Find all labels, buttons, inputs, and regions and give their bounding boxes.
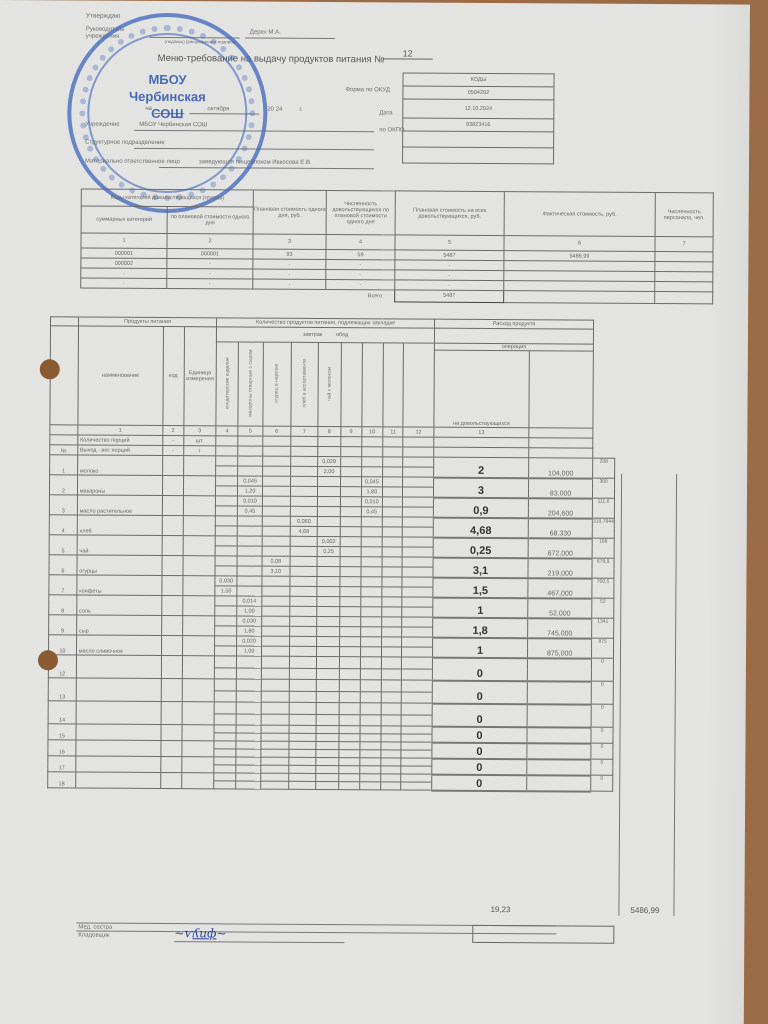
- quantity-cell: [236, 773, 260, 781]
- product-price: 745,000: [528, 618, 592, 638]
- quantity-cell: [262, 576, 290, 586]
- product-price: [527, 743, 591, 759]
- summary-cell: [655, 272, 713, 282]
- summary-cell: -: [253, 279, 326, 289]
- quantity-cell: [261, 702, 289, 714]
- quantity-cell: [382, 537, 403, 547]
- product-sum: 875: [592, 638, 614, 658]
- quantity-cell: [214, 679, 236, 691]
- yield-unit: г: [183, 446, 216, 456]
- quantity-cell: [339, 734, 360, 742]
- quantity-cell: [262, 506, 290, 516]
- quantity-cell: [318, 496, 340, 506]
- product-qty: 4,68: [433, 517, 528, 538]
- quantity-cell: [340, 477, 361, 487]
- row-number: 7: [49, 575, 77, 595]
- quantity-cell: [262, 476, 290, 486]
- main-col-number: 9: [340, 427, 361, 437]
- quantity-cell: [215, 656, 237, 668]
- summary-header-2: по плановой стоимости одного дня: [167, 207, 253, 235]
- quantity-cell: [236, 713, 260, 725]
- quantity-cell: [216, 466, 238, 476]
- product-price: [527, 681, 591, 704]
- quantity-cell: [214, 733, 236, 741]
- main-col-number: 6: [263, 426, 291, 436]
- quantity-cell: [261, 741, 289, 749]
- quantity-cell: [214, 757, 236, 765]
- date-code-label: Дата: [379, 110, 392, 116]
- portions-label: Количество порций: [78, 435, 163, 446]
- row-number: 8: [49, 595, 77, 615]
- quantity-cell: [339, 668, 360, 680]
- summary-total-label: Всего: [326, 289, 395, 301]
- quantity-cell: [236, 702, 260, 714]
- official-stamp: МБОУ Чербинская СОШ: [67, 12, 268, 213]
- product-sum: 0: [591, 775, 613, 791]
- quantity-cell: 0,08: [262, 556, 290, 566]
- product-price: 672,000: [528, 538, 592, 558]
- product-name: [75, 772, 160, 789]
- quantity-cell: [214, 690, 236, 702]
- quantity-cell: [289, 656, 317, 668]
- summary-col-number: 3: [253, 234, 326, 249]
- quantity-cell: [289, 749, 317, 757]
- quantity-cell: [381, 726, 402, 734]
- quantity-cell: [289, 725, 317, 733]
- main-col-number: 1: [78, 425, 163, 436]
- quantity-cell: [214, 781, 236, 789]
- summary-col-number: 5: [395, 235, 504, 251]
- quantity-cell: [237, 667, 261, 679]
- quantity-cell: [361, 537, 382, 547]
- product-sum: 111,6: [592, 498, 614, 518]
- quantity-cell: [339, 714, 360, 726]
- product-name: огурцы: [77, 555, 162, 576]
- quantity-cell: [359, 766, 380, 774]
- product-price: 467,000: [528, 578, 592, 598]
- quantity-cell: [360, 647, 381, 657]
- quantity-cell: [317, 636, 339, 646]
- quantity-cell: 1,50: [215, 586, 237, 596]
- quantity-cell: [260, 773, 288, 781]
- quantity-cell: [289, 765, 317, 773]
- quantity-cell: [340, 457, 361, 467]
- document-page: Утверждаю Руководитель учреждения Дерех …: [0, 0, 750, 1024]
- product-qty: 1,5: [433, 577, 528, 598]
- quantity-cell: [262, 536, 290, 546]
- quantity-cell: [289, 636, 317, 646]
- quantity-cell: [339, 607, 360, 617]
- product-qty: 2: [434, 457, 529, 478]
- name-header: наименование: [78, 326, 164, 426]
- quantity-cell: [318, 516, 340, 526]
- product-price: 219,000: [528, 558, 592, 578]
- quantity-cell: [261, 725, 289, 733]
- quantity-cell: [262, 486, 290, 496]
- quantity-cell: [289, 702, 317, 714]
- product-sum: 0: [591, 658, 613, 681]
- quantity-cell: [215, 566, 237, 576]
- quantity-cell: [317, 616, 339, 626]
- quantity-cell: [338, 774, 359, 782]
- summary-cell: -: [395, 270, 504, 281]
- okud-label: Форма по ОКУД: [345, 87, 389, 93]
- okud-value: 0504202: [403, 86, 554, 100]
- quantity-cell: [360, 714, 381, 726]
- quantity-cell: [339, 726, 360, 734]
- quantity-cell: [290, 456, 318, 466]
- product-price: 104,000: [529, 458, 593, 478]
- quantity-cell: [381, 668, 402, 680]
- product-name: макароны: [77, 475, 162, 496]
- quantity-cell: [215, 536, 237, 546]
- quantity-cell: [214, 713, 236, 725]
- main-table: Продукты питания Количество продуктов пи…: [47, 316, 616, 792]
- row-number: 15: [48, 724, 76, 740]
- quantity-cell: [262, 466, 290, 476]
- quantity-cell: 0,45: [238, 506, 262, 516]
- quantity-cell: [216, 496, 238, 506]
- quantity-cell: [360, 657, 381, 669]
- quantity-cell: 0,045: [238, 476, 262, 486]
- quantity-cell: [261, 714, 289, 726]
- quantity-cell: [261, 749, 289, 757]
- quantity-cell: 0,45: [361, 507, 382, 517]
- okpo-label: по ОКПО: [379, 127, 404, 133]
- row-number: 5: [49, 535, 77, 555]
- quantity-cell: [289, 626, 317, 636]
- quantity-cell: [317, 646, 339, 656]
- main-col-number: 7: [291, 426, 319, 436]
- quantity-cell: [238, 526, 262, 536]
- quantity-cell: 0,010: [361, 497, 382, 507]
- main-col-number: 10: [362, 427, 383, 437]
- quantity-cell: [360, 758, 381, 766]
- product-price: [527, 759, 591, 775]
- product-name: [76, 678, 161, 702]
- product-sum: 1341: [592, 618, 614, 638]
- yield-code: -: [162, 446, 183, 456]
- quantity-cell: [338, 782, 359, 790]
- quantity-cell: [215, 626, 237, 636]
- summary-col-number: 4: [326, 234, 395, 249]
- product-price: 52,000: [528, 598, 592, 618]
- quantity-cell: [360, 668, 381, 680]
- quantity-cell: [340, 537, 361, 547]
- quantity-cell: [289, 733, 317, 741]
- quantity-cell: [317, 691, 339, 703]
- code-header: код: [163, 327, 184, 426]
- quantity-cell: [290, 496, 318, 506]
- product-sum: 168: [592, 538, 614, 558]
- summary-cell: -: [253, 269, 326, 279]
- product-name: хлеб: [77, 515, 162, 536]
- main-col-number: 2: [163, 426, 184, 436]
- quantity-cell: [338, 766, 359, 774]
- per-consumers-header: на довольствующихся: [434, 350, 530, 428]
- quantity-cell: [289, 691, 317, 703]
- main-col-number: 3: [183, 426, 216, 436]
- quantity-cell: [381, 691, 402, 703]
- row-number: 17: [48, 756, 76, 772]
- quantity-cell: 0,010: [238, 496, 262, 506]
- quantity-cell: [262, 526, 290, 536]
- total-sum: 5486,99: [630, 906, 659, 915]
- quantity-cell: [289, 679, 317, 691]
- quantity-cell: [360, 691, 381, 703]
- quantity-cell: [316, 714, 338, 726]
- summary-total-value: 5487: [395, 290, 504, 302]
- quantity-cell: [339, 637, 360, 647]
- quantity-cell: [340, 527, 361, 537]
- quantity-cell: [238, 466, 262, 476]
- summary-cell: -: [81, 278, 167, 289]
- product-price: [527, 704, 591, 727]
- quantity-cell: [237, 536, 261, 546]
- quantity-cell: 3,10: [262, 566, 290, 576]
- quantity-cell: [381, 774, 402, 782]
- quantity-cell: [381, 750, 402, 758]
- product-qty: 1,8: [433, 617, 528, 638]
- quantity-cell: [290, 546, 318, 556]
- head-name-line: [245, 37, 335, 39]
- summary-cell: -: [326, 279, 395, 289]
- quantity-cell: [383, 467, 404, 477]
- quantity-cell: [237, 556, 261, 566]
- summary-col-number: 2: [167, 234, 253, 250]
- quantity-cell: [261, 616, 289, 626]
- quantity-cell: [382, 517, 403, 527]
- quantity-cell: [318, 476, 340, 486]
- summary-cell: 000002: [81, 258, 167, 269]
- quantity-cell: [289, 714, 317, 726]
- quantity-cell: [236, 757, 260, 765]
- quantity-cell: [382, 627, 403, 637]
- quantity-cell: [237, 586, 261, 596]
- row-number: 3: [49, 495, 77, 515]
- quantity-cell: [317, 566, 339, 576]
- quantity-cell: [317, 679, 339, 691]
- quantity-cell: [215, 616, 237, 626]
- main-col-number: 8: [318, 426, 340, 436]
- quantity-cell: [338, 742, 359, 750]
- dish-header: макароны отварные с сыром: [247, 349, 253, 416]
- portions-unit: шт.: [183, 436, 216, 446]
- date-year: 20 24: [267, 107, 282, 113]
- row-number: 13: [48, 678, 76, 701]
- quantity-cell: [261, 606, 289, 616]
- quantity-cell: [216, 486, 238, 496]
- quantity-cell: [361, 577, 382, 587]
- quantity-cell: [215, 506, 237, 516]
- product-price: [527, 658, 591, 681]
- quantity-cell: [383, 477, 404, 487]
- quantity-cell: [360, 597, 381, 607]
- quantity-cell: [340, 487, 361, 497]
- stamp-line-2: Чербинская: [71, 88, 263, 104]
- quantity-cell: [381, 714, 402, 726]
- quantity-cell: [361, 517, 382, 527]
- quantity-cell: [360, 680, 381, 692]
- summary-header-6: Фактическая стоимость, руб.: [504, 192, 655, 237]
- quantity-cell: [290, 476, 318, 486]
- quantity-cell: [215, 596, 237, 606]
- quantity-cell: [339, 647, 360, 657]
- dish-header: кондитерские изделия: [224, 357, 230, 409]
- quantity-cell: 0,030: [237, 616, 261, 626]
- quantity-cell: [236, 733, 260, 741]
- meal-breakfast: завтрак: [303, 332, 322, 338]
- quantity-cell: [317, 586, 339, 596]
- quantity-cell: [261, 646, 289, 656]
- quantity-cell: [382, 597, 403, 607]
- product-qty: 1: [433, 597, 528, 618]
- quantity-cell: [383, 457, 404, 467]
- summary-cell: -: [395, 280, 504, 291]
- summary-cell: 93: [253, 249, 326, 259]
- quantity-cell: 0,014: [237, 596, 261, 606]
- product-name: сыр: [76, 615, 161, 636]
- product-sum: 0: [591, 704, 613, 727]
- quantity-cell: [215, 526, 237, 536]
- quantity-cell: 0,030: [215, 576, 237, 586]
- punch-hole-top: [40, 359, 60, 379]
- quantity-cell: [339, 597, 360, 607]
- product-name: [76, 724, 161, 741]
- quantity-cell: [382, 487, 403, 497]
- quantity-cell: [290, 586, 318, 596]
- quantity-cell: [381, 758, 402, 766]
- quantity-cell: [236, 765, 260, 773]
- quantity-cell: [359, 774, 380, 782]
- quantity-cell: [214, 725, 236, 733]
- codes-table: КОДЫ 0504202 12.10.2024 93823416: [402, 72, 555, 164]
- date-suffix: г.: [299, 107, 302, 113]
- stamp-line-1: МБОУ: [71, 71, 263, 87]
- quantity-cell: [216, 476, 238, 486]
- quantity-cell: [290, 536, 318, 546]
- quantity-cell: [382, 507, 403, 517]
- summary-cell: -: [253, 259, 326, 269]
- quantity-cell: [317, 626, 339, 636]
- quantity-cell: [360, 734, 381, 742]
- quantity-cell: [340, 467, 361, 477]
- quantity-cell: [216, 456, 238, 466]
- quantity-cell: [237, 546, 261, 556]
- quantity-cell: [316, 765, 338, 773]
- summary-header-4: Численность довольствующихся по плановой…: [326, 190, 395, 234]
- quantity-cell: [339, 657, 360, 669]
- quantity-cell: 0,25: [317, 546, 339, 556]
- quantity-cell: [238, 456, 262, 466]
- quantity-cell: 1,00: [237, 646, 261, 656]
- quantity-cell: [215, 636, 237, 646]
- main-col-number: 13: [434, 427, 529, 438]
- quantity-cell: 0,045: [361, 477, 382, 487]
- quantity-cell: [261, 668, 289, 680]
- product-qty: 0: [432, 680, 527, 704]
- quantity-cell: [290, 576, 318, 586]
- quantity-cell: 0,028: [318, 456, 340, 466]
- quantity-cell: [289, 606, 317, 616]
- row-number: 18: [48, 772, 76, 788]
- punch-hole-bottom: [38, 650, 58, 670]
- quantity-cell: [236, 749, 260, 757]
- summary-cell: 59: [326, 249, 395, 259]
- quantity-cell: [215, 546, 237, 556]
- product-qty: 3,1: [433, 557, 528, 578]
- row-number: 4: [49, 515, 77, 535]
- quantity-cell: [381, 657, 402, 669]
- quantity-cell: [382, 547, 403, 557]
- quantity-cell: [262, 496, 290, 506]
- quantity-cell: [214, 667, 236, 679]
- quantity-cell: [360, 607, 381, 617]
- quantity-cell: 0,020: [237, 636, 261, 646]
- quantity-cell: [360, 750, 381, 758]
- summary-cell: -: [326, 259, 395, 269]
- product-qty: 0: [432, 774, 527, 791]
- quantity-cell: 1,80: [237, 626, 261, 636]
- quantity-cell: [236, 725, 260, 733]
- product-qty: 0: [432, 703, 527, 727]
- storekeeper-signature: ~ѵʎиф~: [174, 926, 226, 940]
- dish-header: хлеб в ассортименте: [302, 359, 308, 408]
- quantity-cell: [316, 741, 338, 749]
- quantity-cell: [382, 557, 403, 567]
- quantity-cell: [317, 576, 339, 586]
- quantity-cell: [339, 691, 360, 703]
- summary-cell: [655, 282, 713, 292]
- product-name: [76, 655, 161, 679]
- product-qty: 3: [433, 477, 528, 498]
- quantity-cell: [382, 637, 403, 647]
- okpo-value: 93823416: [403, 118, 554, 132]
- summary-header-3: Плановая стоимость одного дня, руб.: [253, 190, 326, 234]
- quantity-cell: [360, 627, 381, 637]
- quantity-cell: [361, 587, 382, 597]
- quantity-cell: [289, 757, 317, 765]
- quantity-cell: [261, 679, 289, 691]
- quantity-cell: [382, 497, 403, 507]
- product-sum: 0: [591, 759, 613, 775]
- quantity-cell: [261, 757, 289, 765]
- quantity-cell: 1,80: [361, 487, 382, 497]
- quantity-cell: [338, 758, 359, 766]
- summary-table: Коды категорий довольствующихся (группы)…: [80, 188, 714, 303]
- meal-lunch: обед: [336, 332, 348, 338]
- summary-group-header: Коды категорий довольствующихся (группы): [81, 189, 253, 207]
- quantity-cell: [382, 577, 403, 587]
- quantity-cell: [318, 506, 340, 516]
- quantity-cell: [381, 647, 402, 657]
- summary-col-number: 6: [504, 236, 655, 252]
- quantity-cell: [261, 656, 289, 668]
- footer-box: [472, 925, 614, 944]
- product-sum: 0: [591, 681, 613, 704]
- dish-header: чай с молоком: [327, 367, 333, 401]
- quantity-cell: [360, 742, 381, 750]
- date-value: 12.10.2024: [403, 99, 554, 119]
- product-sum: 300: [593, 478, 615, 498]
- product-price: 83,000: [529, 478, 593, 498]
- quantity-cell: [238, 516, 262, 526]
- quantity-cell: [382, 527, 403, 537]
- quantity-cell: [317, 702, 339, 714]
- total-qty: 19,23: [490, 905, 510, 914]
- quantity-cell: [237, 576, 261, 586]
- summary-cell: 5487: [395, 250, 504, 261]
